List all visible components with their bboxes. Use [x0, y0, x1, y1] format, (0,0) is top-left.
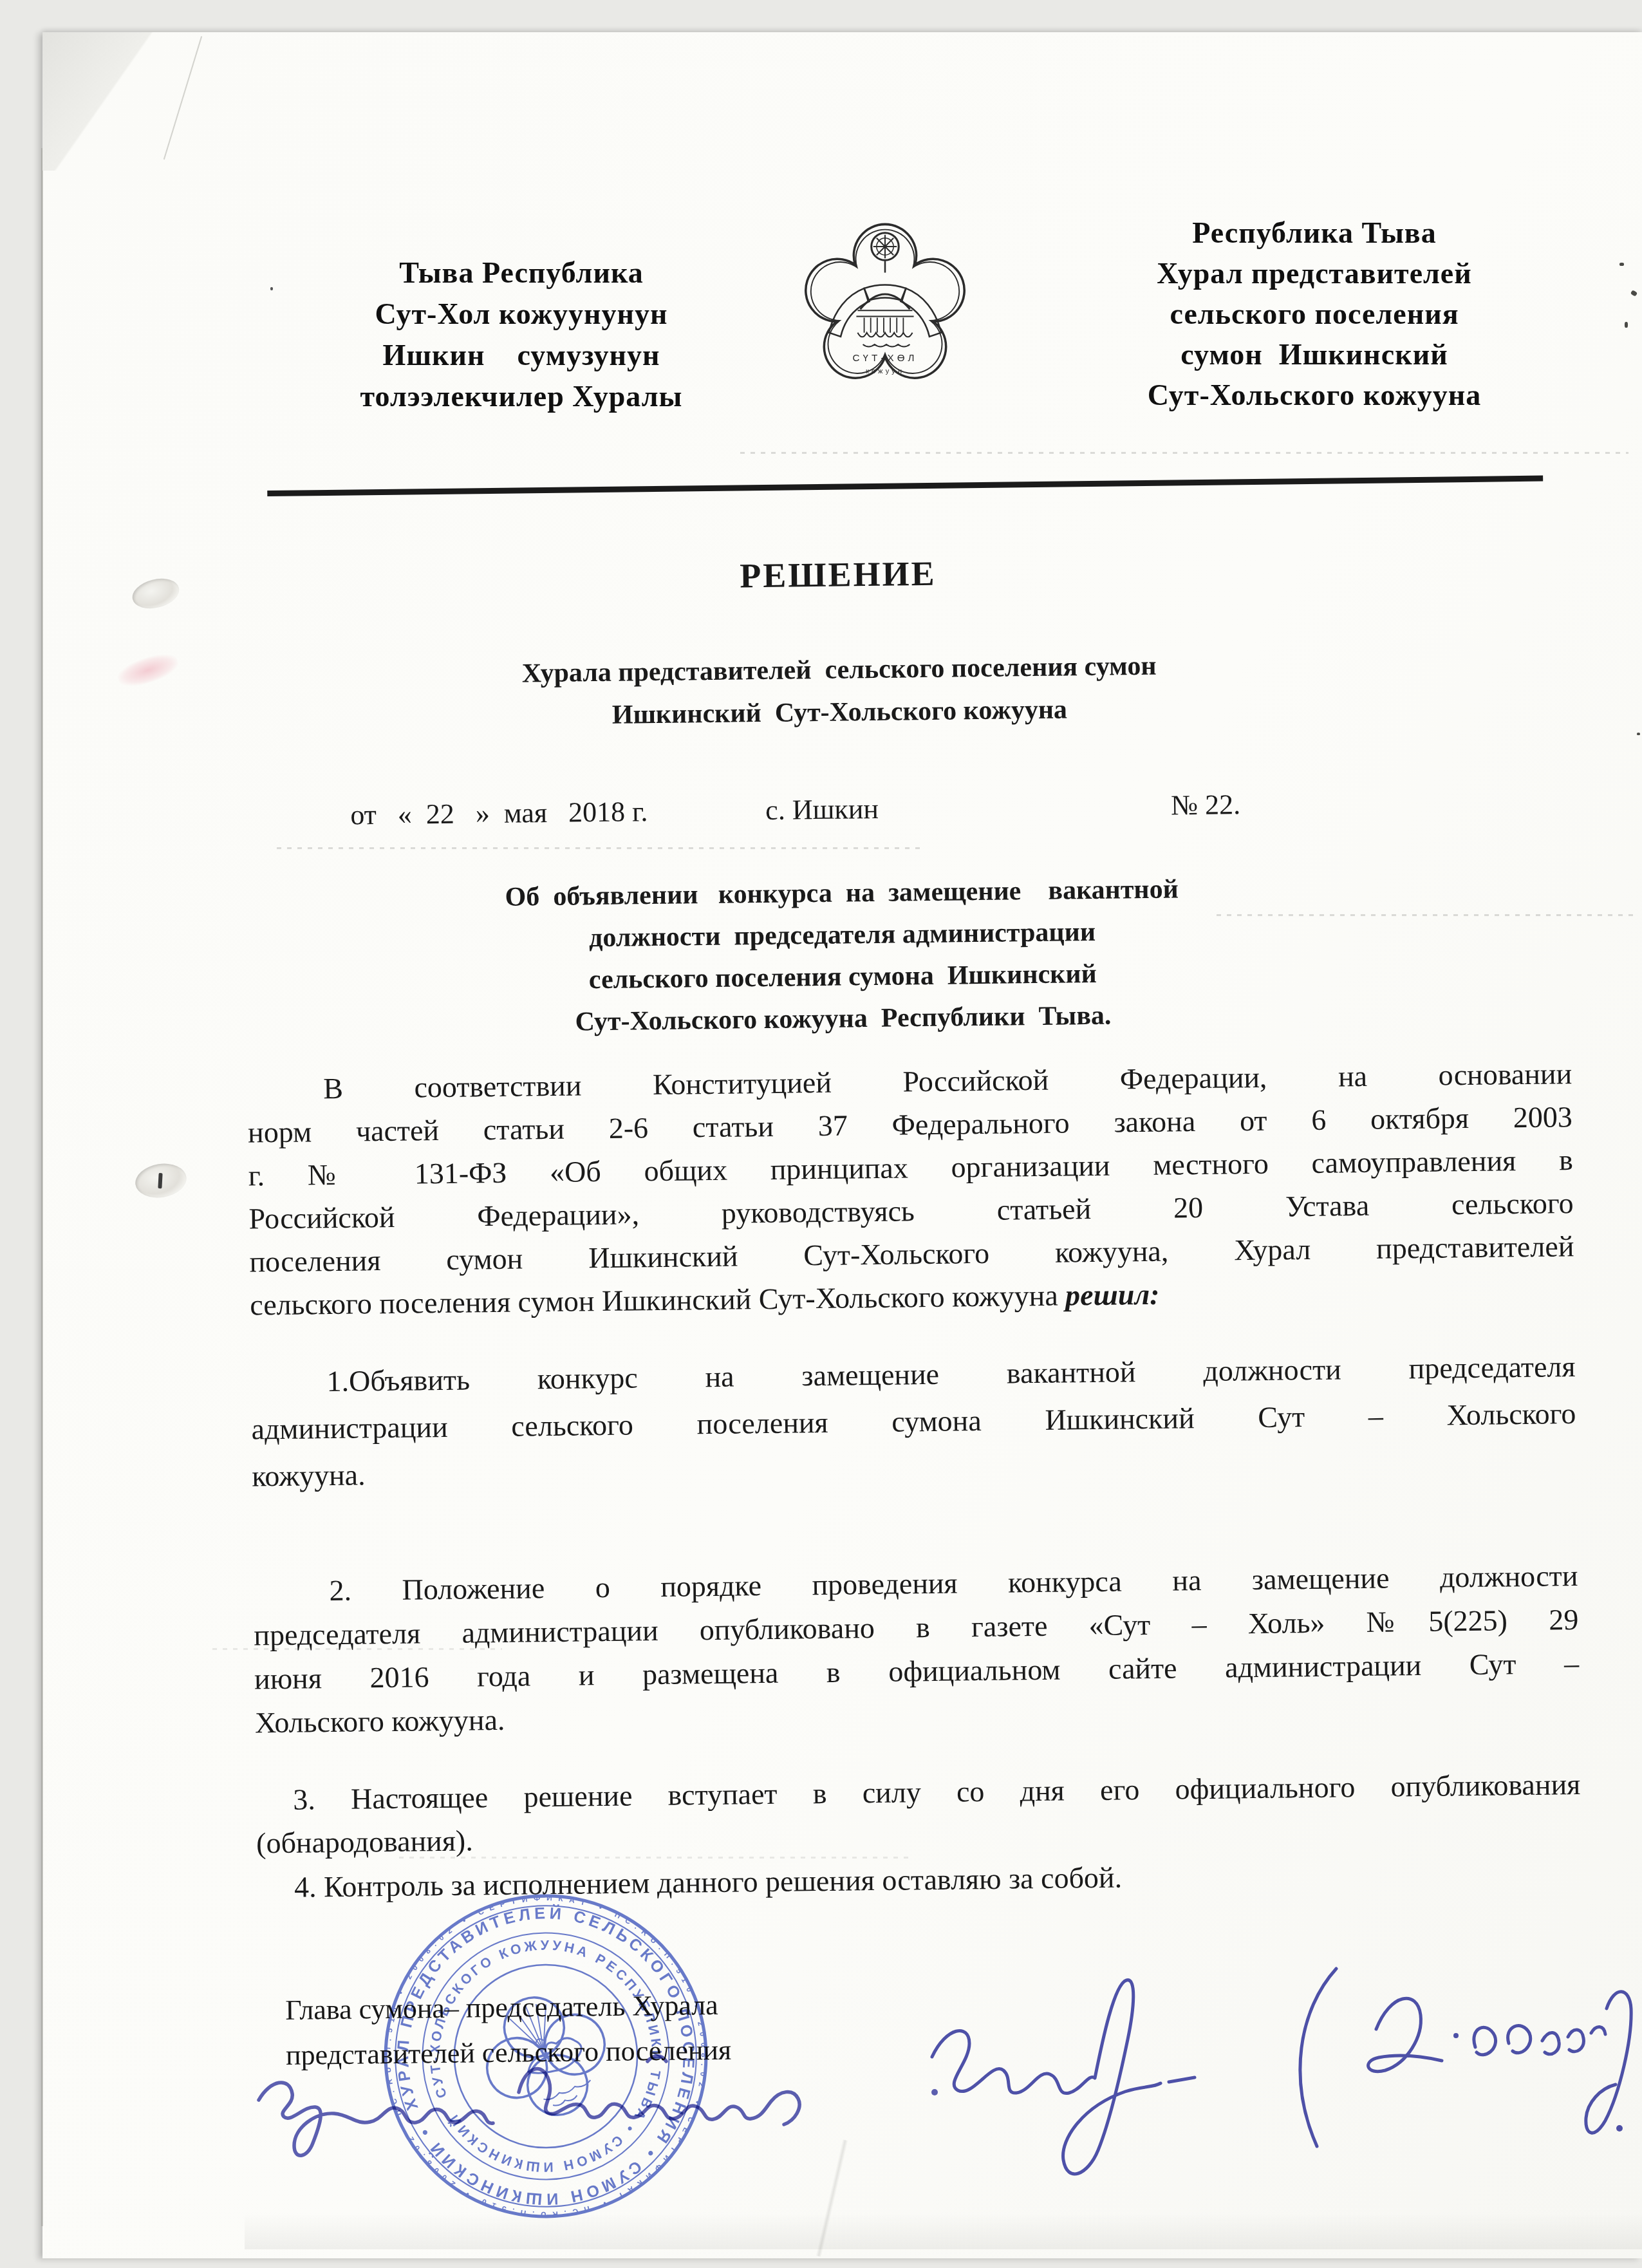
decision-item-2: 2. Положение о порядке проведения конкур…: [253, 1554, 1580, 1745]
document-place: с. Ишкин: [765, 792, 879, 827]
decision-item-3: 3. Настоящее решение вступает в силу со …: [256, 1763, 1581, 1864]
document-subtitle: Хурала представителей сельского поселени…: [211, 641, 1467, 741]
ink-signatures-layer: сумона Ишкинский.: [245, 1931, 1642, 2247]
document-subject: Об объявлении конкурса на замещение вака…: [214, 865, 1471, 1047]
resolved-word: решил:: [1065, 1278, 1160, 1312]
signature-head: [932, 1980, 1195, 2174]
scan-speck: [1637, 733, 1640, 735]
document-meta-row: от « 22 » мая 2018 г. с. Ишкин № 22.: [0, 783, 1637, 841]
handwritten-note: [259, 2056, 938, 2156]
document-type-title: РЕШЕНИЕ: [210, 547, 1466, 602]
signature-oorzhak: [1300, 1969, 1631, 2146]
document-body: РЕШЕНИЕ Хурала представителей сельского …: [0, 0, 1642, 2258]
header-divider-rule: [267, 476, 1543, 497]
preamble-tail: сельского поселения сумон Ишкинский Сут-…: [250, 1279, 1066, 1321]
decision-item-1: 1.Объявить конкурс на замещение вакантно…: [250, 1343, 1576, 1499]
document-number: № 22.: [1171, 788, 1241, 821]
document-date: от « 22 » мая 2018 г.: [350, 795, 648, 831]
preamble-paragraph: В соответствии Конституцией Российской Ф…: [247, 1052, 1575, 1326]
scanned-document-page: Тыва Республика Сут-Хол кожуунунун Ишкин…: [0, 0, 1642, 2258]
